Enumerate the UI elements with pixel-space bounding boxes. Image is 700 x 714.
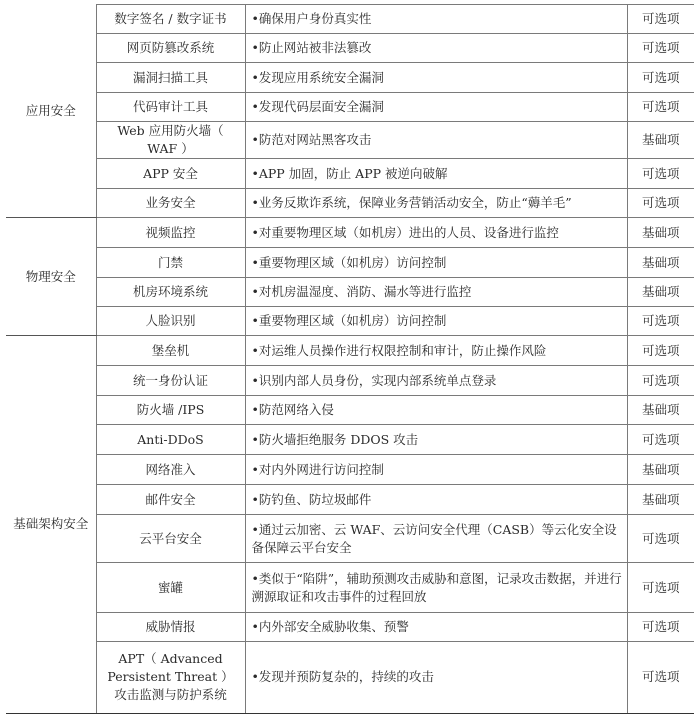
- table-row: 业务安全 •业务反欺诈系统，保障业务营销活动安全，防止“薅羊毛” 可选项: [6, 189, 694, 218]
- product-level: 可选项: [627, 63, 694, 93]
- product-desc: •内外部安全威胁收集、预警: [245, 613, 627, 642]
- product-desc: •防止网站被非法篡改: [245, 34, 627, 63]
- product-name: 视频监控: [96, 218, 245, 248]
- product-level: 可选项: [627, 336, 694, 366]
- product-level: 可选项: [627, 563, 694, 613]
- product-desc: •类似于“陷阱”，辅助预测攻击威胁和意图，记录攻击数据，并进行溯源取证和攻击事件…: [245, 563, 627, 613]
- product-level: 可选项: [627, 5, 694, 34]
- category-cell: 基础架构安全: [6, 336, 96, 714]
- table-row: 人脸识别 •重要物理区域（如机房）访问控制 可选项: [6, 307, 694, 336]
- product-level: 可选项: [627, 34, 694, 63]
- product-desc: •防火墙拒绝服务 DDOS 攻击: [245, 425, 627, 455]
- product-desc: •防范对网站黑客攻击: [245, 122, 627, 159]
- category-cell: 应用安全: [6, 5, 96, 218]
- product-name: 机房环境系统: [96, 278, 245, 307]
- product-name: 云平台安全: [96, 515, 245, 563]
- product-desc: •重要物理区域（如机房）访问控制: [245, 307, 627, 336]
- product-level: 基础项: [627, 122, 694, 159]
- table-row: 威胁情报 •内外部安全威胁收集、预警 可选项: [6, 613, 694, 642]
- category-cell: 物理安全: [6, 218, 96, 336]
- security-products-table: 应用安全 数字签名 / 数字证书 •确保用户身份真实性 可选项 网页防篡改系统 …: [6, 4, 694, 714]
- product-level: 可选项: [627, 366, 694, 396]
- table-row: 蜜罐 •类似于“陷阱”，辅助预测攻击威胁和意图，记录攻击数据，并进行溯源取证和攻…: [6, 563, 694, 613]
- table-row: 物理安全 视频监控 •对重要物理区域（如机房）进出的人员、设备进行监控 基础项: [6, 218, 694, 248]
- product-name: 网页防篡改系统: [96, 34, 245, 63]
- product-level: 基础项: [627, 396, 694, 425]
- table-row: 统一身份认证 •识别内部人员身份，实现内部系统单点登录 可选项: [6, 366, 694, 396]
- table-row: 邮件安全 •防钓鱼、防垃圾邮件 基础项: [6, 485, 694, 515]
- product-desc: •对重要物理区域（如机房）进出的人员、设备进行监控: [245, 218, 627, 248]
- product-level: 可选项: [627, 642, 694, 714]
- product-desc: •对机房温湿度、消防、漏水等进行监控: [245, 278, 627, 307]
- product-desc: •防钓鱼、防垃圾邮件: [245, 485, 627, 515]
- product-name: APT（ Advanced Persistent Threat ）攻击监测与防护…: [96, 642, 245, 714]
- product-name: 堡垒机: [96, 336, 245, 366]
- product-name: Web 应用防火墙（ WAF ）: [96, 122, 245, 159]
- product-level: 可选项: [627, 93, 694, 122]
- product-desc: •APP 加固，防止 APP 被逆向破解: [245, 159, 627, 189]
- product-desc: •通过云加密、云 WAF、云访问安全代理（CASB）等云化安全设备保障云平台安全: [245, 515, 627, 563]
- table-row: Anti-DDoS •防火墙拒绝服务 DDOS 攻击 可选项: [6, 425, 694, 455]
- product-desc: •确保用户身份真实性: [245, 5, 627, 34]
- product-level: 基础项: [627, 455, 694, 485]
- table-row: 基础架构安全 堡垒机 •对运维人员操作进行权限控制和审计，防止操作风险 可选项: [6, 336, 694, 366]
- product-name: 邮件安全: [96, 485, 245, 515]
- table-row: APT（ Advanced Persistent Threat ）攻击监测与防护…: [6, 642, 694, 714]
- product-level: 可选项: [627, 189, 694, 218]
- table-row: 机房环境系统 •对机房温湿度、消防、漏水等进行监控 基础项: [6, 278, 694, 307]
- product-desc: •业务反欺诈系统，保障业务营销活动安全，防止“薅羊毛”: [245, 189, 627, 218]
- product-level: 基础项: [627, 248, 694, 278]
- product-name: 代码审计工具: [96, 93, 245, 122]
- product-name: 漏洞扫描工具: [96, 63, 245, 93]
- product-desc: •发现代码层面安全漏洞: [245, 93, 627, 122]
- table-row: 防火墙 /IPS •防范网络入侵 基础项: [6, 396, 694, 425]
- table-row: 门禁 •重要物理区域（如机房）访问控制 基础项: [6, 248, 694, 278]
- table-row: 代码审计工具 •发现代码层面安全漏洞 可选项: [6, 93, 694, 122]
- table-row: 应用安全 数字签名 / 数字证书 •确保用户身份真实性 可选项: [6, 5, 694, 34]
- product-desc: •发现应用系统安全漏洞: [245, 63, 627, 93]
- product-name: 网络准入: [96, 455, 245, 485]
- product-name: 业务安全: [96, 189, 245, 218]
- table-row: APP 安全 •APP 加固，防止 APP 被逆向破解 可选项: [6, 159, 694, 189]
- product-name: 蜜罐: [96, 563, 245, 613]
- product-desc: •对内外网进行访问控制: [245, 455, 627, 485]
- table-row: Web 应用防火墙（ WAF ） •防范对网站黑客攻击 基础项: [6, 122, 694, 159]
- product-desc: •防范网络入侵: [245, 396, 627, 425]
- product-desc: •重要物理区域（如机房）访问控制: [245, 248, 627, 278]
- table-row: 云平台安全 •通过云加密、云 WAF、云访问安全代理（CASB）等云化安全设备保…: [6, 515, 694, 563]
- product-name: 统一身份认证: [96, 366, 245, 396]
- product-level: 基础项: [627, 485, 694, 515]
- product-level: 基础项: [627, 278, 694, 307]
- product-level: 可选项: [627, 515, 694, 563]
- product-desc: •识别内部人员身份，实现内部系统单点登录: [245, 366, 627, 396]
- table-row: 网络准入 •对内外网进行访问控制 基础项: [6, 455, 694, 485]
- product-name: 数字签名 / 数字证书: [96, 5, 245, 34]
- product-desc: •发现并预防复杂的，持续的攻击: [245, 642, 627, 714]
- product-level: 可选项: [627, 307, 694, 336]
- product-name: 门禁: [96, 248, 245, 278]
- table-row: 网页防篡改系统 •防止网站被非法篡改 可选项: [6, 34, 694, 63]
- product-name: Anti-DDoS: [96, 425, 245, 455]
- product-level: 基础项: [627, 218, 694, 248]
- table-row: 漏洞扫描工具 •发现应用系统安全漏洞 可选项: [6, 63, 694, 93]
- product-name: 人脸识别: [96, 307, 245, 336]
- product-name: APP 安全: [96, 159, 245, 189]
- product-level: 可选项: [627, 159, 694, 189]
- product-name: 威胁情报: [96, 613, 245, 642]
- product-level: 可选项: [627, 613, 694, 642]
- product-name: 防火墙 /IPS: [96, 396, 245, 425]
- product-desc: •对运维人员操作进行权限控制和审计，防止操作风险: [245, 336, 627, 366]
- product-level: 可选项: [627, 425, 694, 455]
